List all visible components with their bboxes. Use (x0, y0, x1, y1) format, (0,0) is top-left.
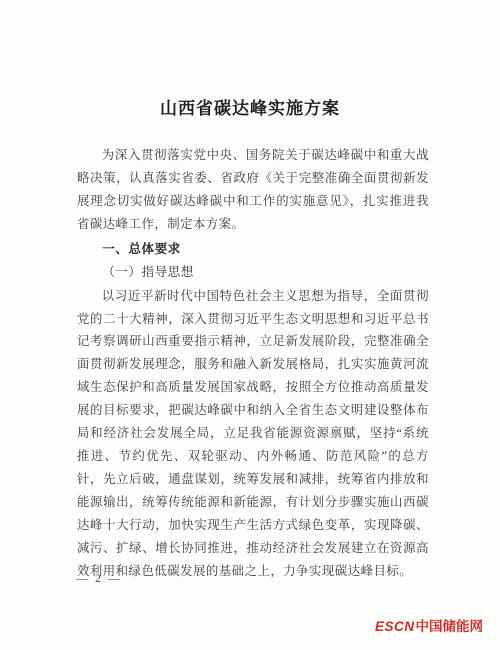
page-number: — 2 — (76, 571, 122, 586)
intro-paragraph: 为深入贯彻落实党中央、国务院关于碳达峰碳中和重大战略决策，认真落实省委、省政府《… (77, 144, 429, 236)
document-body: 为深入贯彻落实党中央、国务院关于碳达峰碳中和重大战略决策，认真落实省委、省政府《… (77, 144, 429, 582)
watermark-logo: ESCN中国储能网 (375, 615, 483, 635)
document-page: 山西省碳达峰实施方案 为深入贯彻落实党中央、国务院关于碳达峰碳中和重大战略决策，… (0, 0, 500, 650)
guiding-ideology-paragraph: 以习近平新时代中国特色社会主义思想为指导，全面贯彻党的二十大精神，深入贯彻习近平… (77, 285, 429, 583)
subsection-heading-guiding-ideology: （一）指导思想 (77, 261, 429, 285)
watermark-latin-text: ESCN (375, 619, 415, 634)
watermark-cjk-text: 中国储能网 (416, 619, 484, 634)
document-title: 山西省碳达峰实施方案 (0, 94, 500, 119)
section-heading-overall-requirements: 一、总体要求 (77, 238, 429, 262)
